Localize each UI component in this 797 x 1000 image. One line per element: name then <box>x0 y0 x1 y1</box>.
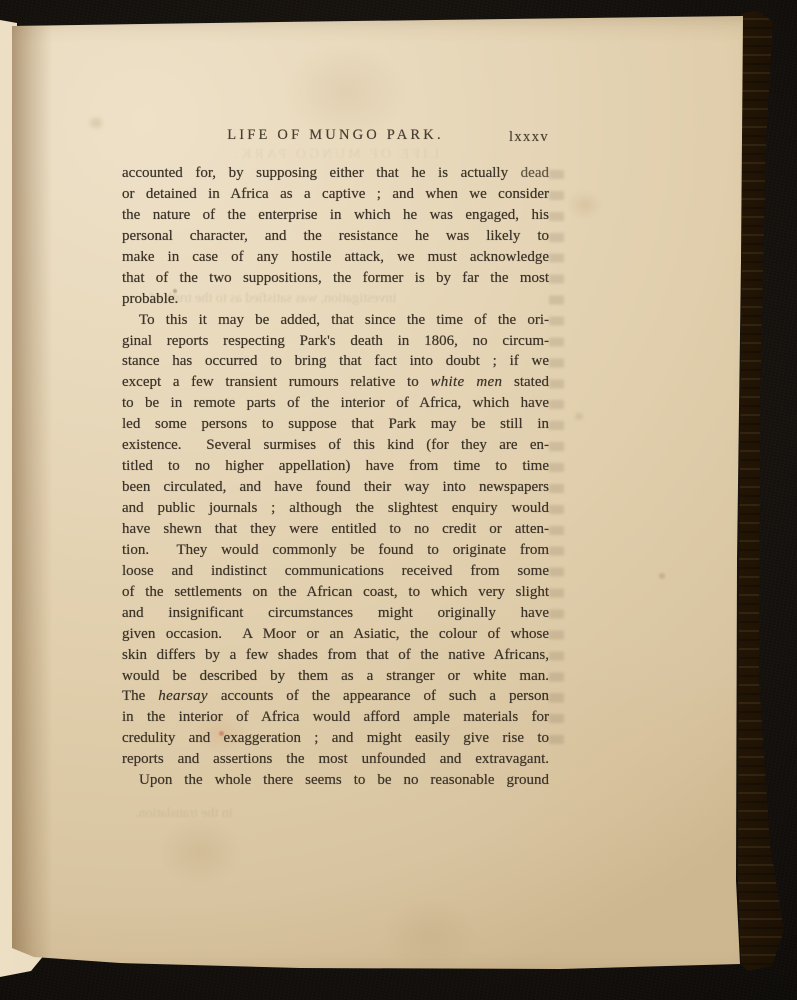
text-line: been circulated, and have found their wa… <box>122 477 549 498</box>
text-segment: personal character, and the resistance h… <box>122 228 549 244</box>
foxing-speck <box>90 118 102 128</box>
text-segment: make in case of any hostile attack, we m… <box>122 249 549 265</box>
text-line: personal character, and the resistance h… <box>122 226 549 247</box>
text-segment: and insignificant circumstances might or… <box>122 605 549 621</box>
show-through-line: in the translation. <box>135 806 233 822</box>
text-segment: accounted for, by supposing either that … <box>122 165 521 181</box>
text-segment: The <box>122 688 158 704</box>
text-segment: of the settlements on the African coast,… <box>122 584 549 600</box>
text-segment-italic: hearsay <box>158 688 208 704</box>
text-line: titled to no higher appellation) have fr… <box>122 456 549 477</box>
text-line: stance has occurred to bring that fact i… <box>122 351 549 372</box>
text-segment: led some persons to suppose that Park ma… <box>122 416 549 432</box>
body-text: accounted for, by supposing either that … <box>122 163 549 791</box>
text-line: except a few transient rumours relative … <box>122 372 549 393</box>
text-segment: that of the two suppositions, the former… <box>122 270 549 286</box>
text-line: reports and assertions the most unfounde… <box>122 749 549 770</box>
text-line: of the settlements on the African coast,… <box>122 582 549 603</box>
running-header: LIFE OF MUNGO PARK. lxxxv <box>122 127 549 151</box>
text-line: loose and indistinct communications rece… <box>122 561 549 582</box>
text-segment: titled to no higher appellation) have fr… <box>122 458 549 474</box>
text-line: to be in remote parts of the interior of… <box>122 393 549 414</box>
text-line: skin differs by a few shades from that o… <box>122 645 549 666</box>
text-segment: and public journals ; although the sligh… <box>122 500 549 516</box>
text-line: that of the two suppositions, the former… <box>122 268 549 289</box>
text-segment: accounts of the appearance of such a per… <box>208 688 549 704</box>
text-segment: Upon the whole there seems to be no reas… <box>139 772 549 788</box>
text-segment: probable. <box>122 291 178 307</box>
photo-background: LIFE OF MUNGO PARK. investigation, was s… <box>0 0 797 1000</box>
text-line: have shewn that they were entitled to no… <box>122 519 549 540</box>
text-line: and public journals ; although the sligh… <box>122 498 549 519</box>
text-segment-italic: white men <box>430 374 502 390</box>
text-segment: credulity and exaggeration ; and might e… <box>122 730 549 746</box>
text-line: ginal reports respecting Park's death in… <box>122 331 549 352</box>
text-segment: stated <box>502 374 549 390</box>
text-line: Upon the whole there seems to be no reas… <box>122 770 549 791</box>
text-segment: stance has occurred to bring that fact i… <box>122 353 549 369</box>
text-line: probable. <box>122 289 549 310</box>
text-segment: tion. They would commonly be found to or… <box>122 542 549 558</box>
text-segment: have shewn that they were entitled to no… <box>122 521 549 537</box>
text-line: existence. Several surmises of this kind… <box>122 435 549 456</box>
text-line: given occasion. A Moor or an Asiatic, th… <box>122 624 549 645</box>
text-segment: skin differs by a few shades from that o… <box>122 647 549 663</box>
book-page: LIFE OF MUNGO PARK. investigation, was s… <box>0 0 797 1000</box>
text-segment: To this it may be added, that since the … <box>139 312 549 328</box>
text-line: tion. They would commonly be found to or… <box>122 540 549 561</box>
text-line: would be described by them as a stranger… <box>122 666 549 687</box>
text-line: in the interior of Africa would afford a… <box>122 707 549 728</box>
page-number: lxxxv <box>509 129 549 146</box>
foxing-speck <box>659 573 665 579</box>
text-segment: would be described by them as a stranger… <box>122 668 549 684</box>
text-segment: reports and assertions the most unfounde… <box>122 751 549 767</box>
text-line: or detained in Africa as a captive ; and… <box>122 184 549 205</box>
page-title: LIFE OF MUNGO PARK. <box>122 127 549 144</box>
show-through-margin-marks <box>549 170 564 756</box>
text-segment: to be in remote parts of the interior of… <box>122 395 549 411</box>
text-line: and insignificant circumstances might or… <box>122 603 549 624</box>
foxing-speck <box>575 413 583 420</box>
text-segment-faint: dead <box>521 165 549 181</box>
text-segment: been circulated, and have found their wa… <box>122 479 549 495</box>
text-line: led some persons to suppose that Park ma… <box>122 414 549 435</box>
text-line: credulity and exaggeration ; and might e… <box>122 728 549 749</box>
gutter-crease-shadow <box>12 20 52 966</box>
text-segment: the nature of the enterprise in which he… <box>122 207 549 223</box>
text-segment: except a few transient rumours relative … <box>122 374 430 390</box>
text-segment: given occasion. A Moor or an Asiatic, th… <box>122 626 549 642</box>
text-segment: in the interior of Africa would afford a… <box>122 709 549 725</box>
text-segment: or detained in Africa as a captive ; and… <box>122 186 549 202</box>
text-line: The hearsay accounts of the appearance o… <box>122 686 549 707</box>
text-segment: loose and indistinct communications rece… <box>122 563 549 579</box>
text-line: To this it may be added, that since the … <box>122 310 549 331</box>
text-segment: ginal reports respecting Park's death in… <box>122 333 549 349</box>
text-segment: existence. Several surmises of this kind… <box>122 437 549 453</box>
text-line: the nature of the enterprise in which he… <box>122 205 549 226</box>
text-line: make in case of any hostile attack, we m… <box>122 247 549 268</box>
text-line: accounted for, by supposing either that … <box>122 163 549 184</box>
